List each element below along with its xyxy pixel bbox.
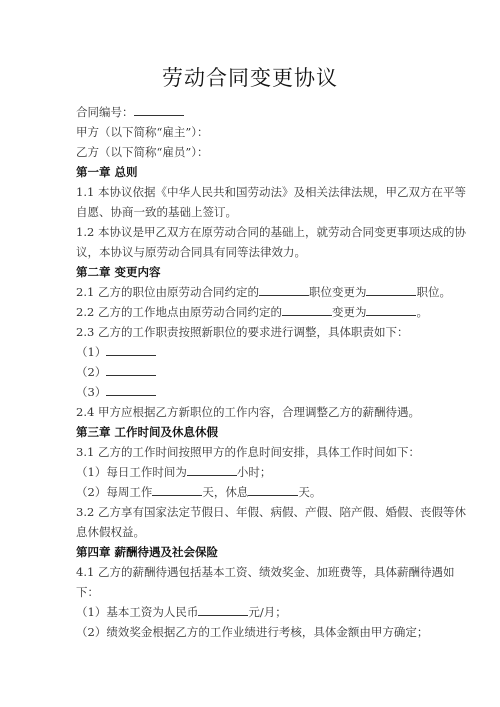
bonus-item: （2）绩效奖金根据乙方的工作业绩进行考核，具体金额由甲方确定；: [76, 622, 436, 642]
clause-3-2-line2: 息休假权益。: [76, 522, 436, 542]
duty-item-3-label: （3）: [76, 385, 106, 399]
old-position-blank[interactable]: [259, 283, 309, 296]
rest-days-blank[interactable]: [248, 483, 298, 496]
clause-2-2: 2.2 乙方的工作地点由原劳动合同约定的变更为。: [76, 302, 436, 322]
clause-1-2-line1: 1.2 本协议是甲乙双方在原劳动合同的基础上，就劳动合同变更事项达成的协: [76, 222, 436, 242]
document-page: 劳动合同变更协议 合同编号： 甲方（以下简称“雇主”）： 乙方（以下简称“雇员”…: [0, 0, 500, 707]
document-body: 合同编号： 甲方（以下简称“雇主”）： 乙方（以下简称“雇员”）： 第一章 总则…: [76, 102, 436, 642]
days-unit: 天。: [298, 485, 321, 499]
hours-item: （1）每日工作时间为小时；: [76, 462, 436, 482]
hours-label: （1）每日工作时间为: [76, 465, 187, 479]
clause-4-1-line1: 4.1 乙方的薪酬待遇包括基本工资、绩效奖金、加班费等，具体薪酬待遇如: [76, 562, 436, 582]
contract-number-blank[interactable]: [134, 103, 184, 116]
clause-2-2-text-a: 2.2 乙方的工作地点由原劳动合同约定的: [76, 305, 282, 319]
salary-item: （1）基本工资为人民币元/月；: [76, 602, 436, 622]
clause-2-1-text-c: 职位。: [416, 285, 451, 299]
old-location-blank[interactable]: [282, 303, 332, 316]
rest-label: 天，休息: [202, 485, 248, 499]
days-item: （2）每周工作天，休息天。: [76, 482, 436, 502]
duty-item-3: （3）: [76, 382, 436, 402]
clause-2-3: 2.3 乙方的工作职责按照新职位的要求进行调整，具体职责如下：: [76, 322, 436, 342]
chapter4-heading: 第四章 薪酬待遇及社会保险: [76, 542, 436, 562]
clause-2-2-text-b: 变更为: [332, 305, 367, 319]
duty-item-2-blank[interactable]: [106, 363, 156, 376]
clause-1-1-line2: 自愿、协商一致的基础上签订。: [76, 202, 436, 222]
clause-2-1-text-b: 职位变更为: [309, 285, 367, 299]
party-b-line: 乙方（以下简称“雇员”）：: [76, 142, 436, 162]
salary-unit: 元/月；: [248, 605, 286, 619]
duty-item-2-label: （2）: [76, 365, 106, 379]
new-location-blank[interactable]: [366, 303, 416, 316]
party-a-line: 甲方（以下简称“雇主”）：: [76, 122, 436, 142]
contract-number-line: 合同编号：: [76, 102, 436, 122]
clause-2-4: 2.4 甲方应根据乙方新职位的工作内容，合理调整乙方的薪酬待遇。: [76, 402, 436, 422]
daily-hours-blank[interactable]: [187, 463, 237, 476]
new-position-blank[interactable]: [366, 283, 416, 296]
duty-item-1: （1）: [76, 342, 436, 362]
clause-2-1: 2.1 乙方的职位由原劳动合同约定的职位变更为职位。: [76, 282, 436, 302]
clause-2-1-text-a: 2.1 乙方的职位由原劳动合同约定的: [76, 285, 259, 299]
clause-3-2-line1: 3.2 乙方享有国家法定节假日、年假、病假、产假、陪产假、婚假、丧假等休: [76, 502, 436, 522]
clause-1-1-line1: 1.1 本协议依据《中华人民共和国劳动法》及相关法律法规，甲乙双方在平等: [76, 182, 436, 202]
chapter2-heading: 第二章 变更内容: [76, 262, 436, 282]
work-days-blank[interactable]: [152, 483, 202, 496]
clause-2-2-text-c: 。: [416, 305, 428, 319]
clause-1-2-line2: 议，本协议与原劳动合同具有同等法律效力。: [76, 242, 436, 262]
document-title: 劳动合同变更协议: [0, 62, 500, 92]
duty-item-2: （2）: [76, 362, 436, 382]
clause-3-1: 3.1 乙方的工作时间按照甲方的作息时间安排，具体工作时间如下：: [76, 442, 436, 462]
duty-item-1-label: （1）: [76, 345, 106, 359]
chapter1-heading: 第一章 总则: [76, 162, 436, 182]
days-label: （2）每周工作: [76, 485, 152, 499]
salary-label: （1）基本工资为人民币: [76, 605, 198, 619]
chapter3-heading: 第三章 工作时间及休息休假: [76, 422, 436, 442]
duty-item-3-blank[interactable]: [106, 383, 156, 396]
contract-number-label: 合同编号：: [76, 105, 134, 119]
base-salary-blank[interactable]: [198, 603, 248, 616]
clause-4-1-line2: 下：: [76, 582, 436, 602]
duty-item-1-blank[interactable]: [106, 343, 156, 356]
hours-unit: 小时；: [237, 465, 272, 479]
